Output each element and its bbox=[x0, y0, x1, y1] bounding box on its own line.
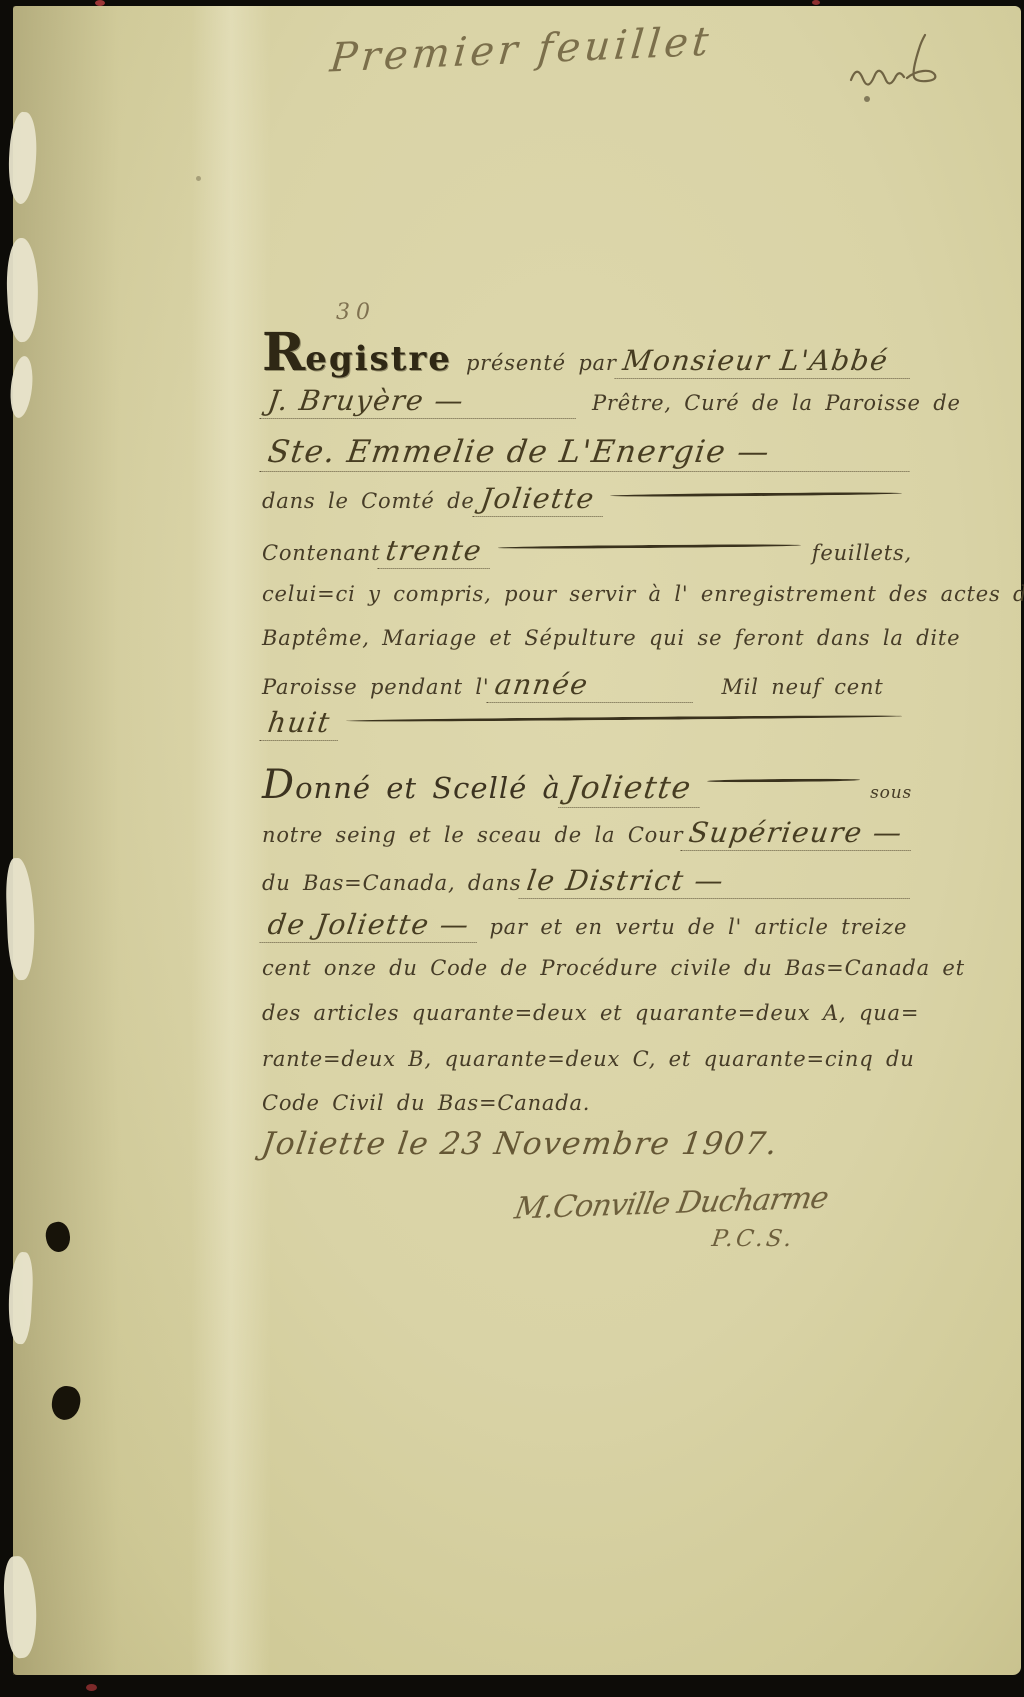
paraphe-icon bbox=[845, 24, 945, 94]
form-line: Baptême, Mariage et Sépulture qui se fer… bbox=[262, 626, 912, 650]
pen-stroke bbox=[346, 715, 902, 723]
handwritten-entry: Joliette bbox=[472, 482, 607, 517]
form-line: cent onze du Code de Procédure civile du… bbox=[262, 956, 912, 980]
ornamental-word-registre: Registre bbox=[262, 322, 452, 383]
form-line: Joliette le 23 Novembre 1907. bbox=[262, 1126, 912, 1163]
form-line: rante=deux B, quarante=deux C, et quaran… bbox=[262, 1047, 912, 1071]
pen-stroke bbox=[498, 544, 801, 550]
printed-text: rante=deux B, quarante=deux C, et quaran… bbox=[262, 1047, 915, 1071]
form-line: Contenant trente feuillets, bbox=[262, 534, 912, 569]
printed-text: par et en vertu de l' article treize bbox=[489, 915, 907, 939]
scanned-register-page: { "annotations": { "header": "Premier fe… bbox=[0, 0, 1024, 1697]
form-line: notre seing et le sceau de la Cour Supér… bbox=[262, 816, 912, 851]
handwritten-entry: année bbox=[487, 668, 698, 703]
printed-text: Baptême, Mariage et Sépulture qui se fer… bbox=[262, 626, 960, 650]
printed-text: Contenant bbox=[262, 541, 380, 565]
handwritten-date-line: Joliette le 23 Novembre 1907. bbox=[259, 1126, 790, 1163]
printed-text: Mil neuf cent bbox=[721, 675, 883, 699]
printed-text: des articles quarante=deux et quarante=d… bbox=[262, 1001, 919, 1025]
handwritten-entry: trente bbox=[378, 534, 495, 569]
printed-text: Paroisse pendant l' bbox=[262, 675, 489, 699]
printed-text: Code Civil du Bas=Canada. bbox=[262, 1091, 590, 1115]
handwritten-entry: Joliette bbox=[558, 770, 704, 808]
printed-text: du Bas=Canada, dans bbox=[262, 871, 521, 895]
printed-text: Donné et Scellé à bbox=[262, 762, 561, 808]
form-line: celui=ci y compris, pour servir à l' enr… bbox=[262, 582, 912, 606]
pen-stroke bbox=[707, 778, 860, 782]
handwritten-entry: de Joliette — bbox=[260, 908, 482, 943]
printed-text: celui=ci y compris, pour servir à l' enr… bbox=[262, 582, 1024, 606]
form-line: dans le Comté de Joliette bbox=[262, 482, 912, 517]
red-speck bbox=[95, 0, 105, 6]
pen-stroke bbox=[610, 492, 902, 498]
dirt-speck bbox=[196, 176, 201, 181]
form-line: huit bbox=[262, 706, 912, 741]
handwritten-entry: huit bbox=[260, 706, 343, 741]
form-line: Donné et Scellé à Joliette sous bbox=[262, 762, 912, 808]
form-line: des articles quarante=deux et quarante=d… bbox=[262, 1001, 912, 1025]
printed-text: notre seing et le sceau de la Cour bbox=[262, 823, 683, 847]
form-line: Ste. Emmelie de L'Energie — bbox=[262, 434, 912, 472]
handwritten-entry: Monsieur L'Abbé bbox=[614, 344, 914, 379]
form-line: J. Bruyère — Prêtre, Curé de la Paroisse… bbox=[262, 384, 912, 419]
printed-text: cent onze du Code de Procédure civile du… bbox=[262, 956, 965, 980]
printed-text: présenté par bbox=[466, 351, 617, 375]
signature-title: P.C.S. bbox=[710, 1226, 796, 1252]
form-line: Paroisse pendant l' année Mil neuf cent bbox=[262, 668, 912, 703]
handwritten-entry: le District — bbox=[519, 864, 915, 899]
handwritten-entry: J. Bruyère — bbox=[260, 384, 581, 419]
red-speck bbox=[86, 1684, 97, 1691]
red-speck bbox=[812, 0, 820, 5]
form-line: Code Civil du Bas=Canada. bbox=[262, 1091, 912, 1115]
form-line: du Bas=Canada, dans le District — bbox=[262, 864, 912, 899]
form-line: Registre présenté par Monsieur L'Abbé bbox=[262, 322, 912, 383]
form-line: de Joliette — par et en vertu de l' arti… bbox=[262, 908, 912, 943]
handwritten-entry: Ste. Emmelie de L'Energie — bbox=[259, 434, 914, 472]
printed-text: dans le Comté de bbox=[262, 489, 475, 513]
dirt-speck bbox=[864, 96, 870, 102]
printed-text: feuillets, bbox=[812, 541, 912, 565]
printed-text: sous bbox=[870, 783, 912, 803]
printed-text: Prêtre, Curé de la Paroisse de bbox=[592, 391, 961, 415]
handwritten-entry: Supérieure — bbox=[681, 816, 915, 851]
